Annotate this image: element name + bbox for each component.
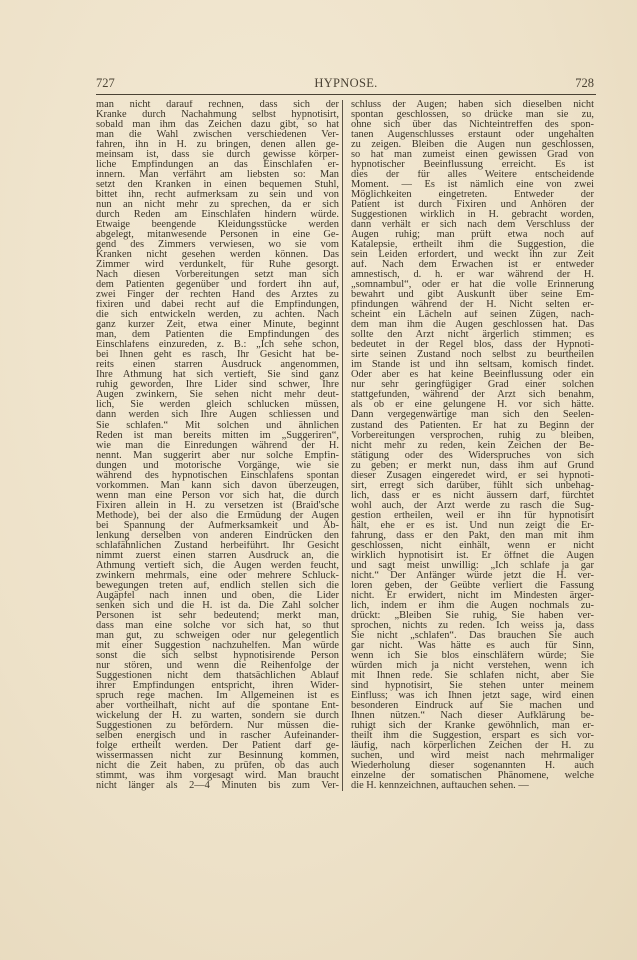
text-line: fixiren und dabei recht auf die Empfindu… — [96, 300, 339, 310]
text-line: Suggestionen zu befördern. Nur müssen di… — [96, 721, 339, 731]
text-line: ruhig geworden, Ihre Lider sind schwer, … — [96, 380, 339, 390]
text-line: Personen ist sehr bedeutend; merkt man, — [96, 611, 339, 621]
text-line: ruhigt sich der Kranke gewöhnlich, man e… — [351, 721, 594, 731]
text-line: Möglichkeiten eingetreten. Entweder der — [351, 190, 594, 200]
text-line: auf. Nach dem Erwachen ist er entweder — [351, 260, 594, 270]
text-line: und sagt meist unwillig: „Ich schlafe ja… — [351, 561, 594, 571]
text-line: bewegungen treten auf, endlich stellen s… — [96, 581, 339, 591]
text-line: mit Ihnen rede. Sie schlafen nicht, aber… — [351, 671, 594, 681]
text-line: lich, indem er ihm die Augen nochmals zu… — [351, 601, 594, 611]
text-line: nicht die Zeit haben, zu prüfen, ob das … — [96, 761, 339, 771]
text-line: Ihre Athmung hat sich vertieft, Sie sind… — [96, 370, 339, 380]
text-line: innern. Man verfährt am liebsten so: Man — [96, 170, 339, 180]
text-line: Wiederholung dieser sogenannten H. auch — [351, 761, 594, 771]
text-line: Moment. — Es ist nämlich eine von zwei — [351, 180, 594, 190]
text-line: besonderen Eindruck auf Sie machen und — [351, 701, 594, 711]
text-line: sollte den Arzt nicht ärgerlich stimmen;… — [351, 330, 594, 340]
text-line: während des hypnotischen Einschlafens sp… — [96, 471, 339, 481]
text-line: die sich entwickeln werden, zu achten. N… — [96, 310, 339, 320]
text-line: Katalepsie, ertheilt ihm die Suggestion,… — [351, 240, 594, 250]
text-line: dem Patienten gegenüber und fordert ihn … — [96, 280, 339, 290]
text-line: dungen und motorische Vorgänge, wie sie — [96, 461, 339, 471]
text-line: senken sich und die H. ist da. Die Zahl … — [96, 601, 339, 611]
text-line: Kranken nicht gesehen werden können. Das — [96, 250, 339, 260]
text-line: Suggestionen wirklich in H. gebracht wor… — [351, 210, 594, 220]
text-line: wirklich hypnotisirt ist. Er öffnet die … — [351, 551, 594, 561]
text-line: stätigung oder des Widerspruches von sic… — [351, 451, 594, 461]
text-line: nun an nicht mehr zu sprechen, da er sic… — [96, 200, 339, 210]
text-line: wenn ich Sie blos einschläfern würde; Si… — [351, 651, 594, 661]
text-line: Ihnen nützen.“ Nach dieser Aufklärung be… — [351, 711, 594, 721]
text-line: Augen zwinkern, Sie sehen nicht mehr deu… — [96, 390, 339, 400]
text-line: schluss der Augen; haben sich dieselben … — [351, 100, 594, 110]
text-line: ihrer Empfindungen entspricht, ihren Wid… — [96, 681, 339, 691]
text-line: setzt den Kranken in einen bequemen Stuh… — [96, 180, 339, 190]
text-line: man nicht darauf rechnen, dass sich der — [96, 100, 339, 110]
text-line: man die Wahl zwischen verschiedenen Ver- — [96, 130, 339, 140]
text-line: abgelegt, mitanwesende Personen in eine … — [96, 230, 339, 240]
text-line: Oder aber es hat keine Beeinflussung ode… — [351, 370, 594, 380]
text-line: nicht. Er erwidert, nicht im Mindesten ä… — [351, 591, 594, 601]
text-line: Patient ist durch Fixiren und Anhören de… — [351, 200, 594, 210]
left-column: man nicht darauf rechnen, dass sich derK… — [96, 100, 339, 791]
text-line: nimmt zuerst einen starren Ausdruck an, … — [96, 551, 339, 561]
text-line: sobald man ihm das Zeichen dazu gibt, so… — [96, 120, 339, 130]
text-line: bedeutet in der Regel blos, dass der Hyp… — [351, 340, 594, 350]
text-line: dann verhält er sich nach dem Verschluss… — [351, 220, 594, 230]
text-line: nur sehr geringfügiger Grad einer solche… — [351, 380, 594, 390]
text-line: Athmung vertieft sich, die Augen werden … — [96, 561, 339, 571]
text-line: ganz kurzer Zeit, etwa einer Minute, beg… — [96, 320, 339, 330]
text-line: Reden ist man bereits mitten im „Suggeri… — [96, 431, 339, 441]
text-line: folge ertheilt werden. Der Patient darf … — [96, 741, 339, 751]
text-line: gestion ertheilen, weil er ihn für hypno… — [351, 511, 594, 521]
text-line: zu zeigen. Bleiben die Augen nun geschlo… — [351, 140, 594, 150]
text-line: nicht.“ Der Anfänger würde jetzt die H. … — [351, 571, 594, 581]
text-line: nur stören, und wenn die Reihenfolge der — [96, 661, 339, 671]
text-line: läufig, nach körperlichen Zeichen der H.… — [351, 741, 594, 751]
text-line: dieser Zusagen eingeredet wird, er sei h… — [351, 471, 594, 481]
text-line: amnestisch, d. h. er war während der H. — [351, 270, 594, 280]
text-line: sprochen, nichts zu reden. Ich weiss ja,… — [351, 621, 594, 631]
text-line: bei Spannung der Aufmerksamkeit und Ab- — [96, 521, 339, 531]
text-line: man gut, zu schweigen oder nur gelegentl… — [96, 631, 339, 641]
text-line: nennt. Man suggerirt aber nur solche Emp… — [96, 451, 339, 461]
text-line: Vorbereitungen versprochen, ruhig zu ble… — [351, 431, 594, 441]
text-line: bewahrt und gibt Auskunft über seine Em- — [351, 290, 594, 300]
text-line: Suggestionen nicht dem thatsächlichen Ab… — [96, 671, 339, 681]
text-line: zu geben; er merkt nun, dass ihm auf Gru… — [351, 461, 594, 471]
text-line: wie man die Einredungen während der H. — [96, 441, 339, 451]
text-line: Methode), bei der also die Ermüdung der … — [96, 511, 339, 521]
text-line: wissermassen nicht zur Besinnung kommen, — [96, 751, 339, 761]
text-line: liche Empfindungen an das Einschlafen er… — [96, 160, 339, 170]
text-line: mit einer Suggestion nachzuhelfen. Man w… — [96, 641, 339, 651]
text-line: sonst die sich selbst hypnotisirende Per… — [96, 651, 339, 661]
text-line: theilt ihm die Suggestion, erspart es si… — [351, 731, 594, 741]
text-line: Augäpfel nach innen und oben, die Lider — [96, 591, 339, 601]
text-line: gend des Zimmers verwiesen, wo sie vom — [96, 240, 339, 250]
running-header: 727 HYPNOSE. 728 — [96, 73, 596, 93]
text-line: nicht mehr zu reden, kein Zeichen der Be… — [351, 441, 594, 451]
text-line: als ob er eine gelungene H. vor sich hät… — [351, 400, 594, 410]
text-line: Nach diesen Vorbereitungen setzt man sic… — [96, 270, 339, 280]
running-title: HYPNOSE. — [96, 76, 596, 91]
text-line: stimmt, was ihm vorgesagt wird. Man brau… — [96, 771, 339, 781]
text-line: hypnotischer Beeinflussung erreicht. Es … — [351, 160, 594, 170]
text-line: spontan geschlossen, so drücke man sie z… — [351, 110, 594, 120]
text-line: reits einen starren Ausdruck angenommen, — [96, 360, 339, 370]
text-line: zustand des Patienten. Er hat zu Beginn … — [351, 421, 594, 431]
two-column-body: man nicht darauf rechnen, dass sich derK… — [96, 100, 596, 791]
text-line: bittet ihn, recht aufmerksam zu sein und… — [96, 190, 339, 200]
text-line: dem man ihm die Augen geschlossen hat. D… — [351, 320, 594, 330]
text-line: hält, ehe er es ist. Und nun zeigt die E… — [351, 521, 594, 531]
text-line: dann werden sich Ihre Augen schliessen u… — [96, 410, 339, 420]
text-line: gar nicht. Was hätte es auch für Sinn, — [351, 641, 594, 651]
header-rule — [96, 94, 596, 95]
text-line: drückt: „Bleiben Sie ruhig, Sie haben ve… — [351, 611, 594, 621]
text-line: sirte seinen Zustand noch selbst zu beur… — [351, 350, 594, 360]
text-line: suchen, und wird meist nach mehrmaliger — [351, 751, 594, 761]
text-line: zwinkern mehrmals, eine oder mehrere Sch… — [96, 571, 339, 581]
text-line: sirt, erregt sich darüber, fühlt sich un… — [351, 481, 594, 491]
text-line: Sie schlafen.“ Mit solchen und ähnlichen — [96, 421, 339, 431]
text-line: dass man eine solche vor sich hat, so th… — [96, 621, 339, 631]
text-line: Einfluss; was ich Ihnen jetzt sage, wird… — [351, 691, 594, 701]
text-line: vorkommen. Man kann sich davon überzeuge… — [96, 481, 339, 491]
text-line: „somnambul“, oder er hat die volle Erinn… — [351, 280, 594, 290]
text-line: die H. kennzeichnen, auftauchen sehen. — — [351, 781, 594, 791]
text-line: Sie nicht „schlafen“. Das brauchen Sie a… — [351, 631, 594, 641]
text-line: sein Leiden erfordert, und weckt ihn zur… — [351, 250, 594, 260]
text-line: sind hypnotisirt, Sie stehen unter meine… — [351, 681, 594, 691]
text-line: selben energisch und in rascher Aufeinan… — [96, 731, 339, 741]
text-line: lenkung derselben von anderen Eindrücken… — [96, 531, 339, 541]
text-line: so hat man zumeist einen gewissen Grad v… — [351, 150, 594, 160]
text-line: meinsam ist, dass sie durch gewisse körp… — [96, 150, 339, 160]
text-line: einzelne der somatischen Phänomene, welc… — [351, 771, 594, 781]
page-number-right: 728 — [575, 76, 594, 91]
text-line: wohl auch, der Arzt werde zu rasch die S… — [351, 501, 594, 511]
text-line: lich, Sie werden gleich schlucken müssen… — [96, 400, 339, 410]
text-line: schlafähnlichen Zustand herbeiführt. Ihr… — [96, 541, 339, 551]
text-line: Etwaige beengende Kleidungsstücke werden — [96, 220, 339, 230]
text-line: wenn man eine Person vor sich hat, die d… — [96, 491, 339, 501]
text-line: tanen Augenschlusses erstaunt oder ungeh… — [351, 130, 594, 140]
text-line: Fixiren allein in H. zu versetzen ist (B… — [96, 501, 339, 511]
text-line: zwei Finger der rechten Hand des Arztes … — [96, 290, 339, 300]
text-line: nicht länger als 2—4 Minuten bis zum Ver… — [96, 781, 339, 791]
book-page: 727 HYPNOSE. 728 man nicht darauf rechne… — [96, 73, 596, 791]
column-divider — [342, 100, 343, 791]
text-line: Kranke durch Nachahmung selbst hypnotisi… — [96, 110, 339, 120]
text-line: pfindungen während der H. Nicht selten e… — [351, 300, 594, 310]
text-line: wickelung der H. zu warten, sondern sie … — [96, 711, 339, 721]
text-line: scheint ein Lächeln auf seinen Zügen, na… — [351, 310, 594, 320]
text-line: dies der für alles Weitere entscheidende — [351, 170, 594, 180]
text-line: Dann vergegenwärtige man sich den Seelen… — [351, 410, 594, 420]
text-line: ohne sich über das Nichteintreffen des s… — [351, 120, 594, 130]
text-line: loren geben, der Geübte verliert die Fas… — [351, 581, 594, 591]
text-line: stattgefunden, während der Arzt sich ben… — [351, 390, 594, 400]
text-line: im Stande ist und ihn seltsam, komisch f… — [351, 360, 594, 370]
right-column: schluss der Augen; haben sich dieselben … — [351, 100, 594, 791]
text-line: Zimmer wird verdunkelt, für Ruhe gesorgt… — [96, 260, 339, 270]
text-line: fahrung, dass er den Pakt, den man mit i… — [351, 531, 594, 541]
text-line: würden mich ja nicht verstehen, wenn ich — [351, 661, 594, 671]
text-line: aber vortheilhaft, nicht auf die spontan… — [96, 701, 339, 711]
text-line: bei Ihnen geht es rasch, Ihr Gesicht hat… — [96, 350, 339, 360]
text-line: Augen ruhig; man prüft etwa noch auf — [351, 230, 594, 240]
text-line: durch Reden am Einschlafen hindern würde… — [96, 210, 339, 220]
text-line: geschlossen, nicht einhält, wenn er nich… — [351, 541, 594, 551]
text-line: fahren, ihn in H. zu bringen, denen alle… — [96, 140, 339, 150]
text-line: lich, dass er es nicht äussern darf, für… — [351, 491, 594, 501]
text-line: man, dem Patienten die Empfindungen des — [96, 330, 339, 340]
text-line: Einschlafens einzureden, z. B.: „Ich seh… — [96, 340, 339, 350]
text-line: spruch rege machen. Im Allgemeinen ist e… — [96, 691, 339, 701]
